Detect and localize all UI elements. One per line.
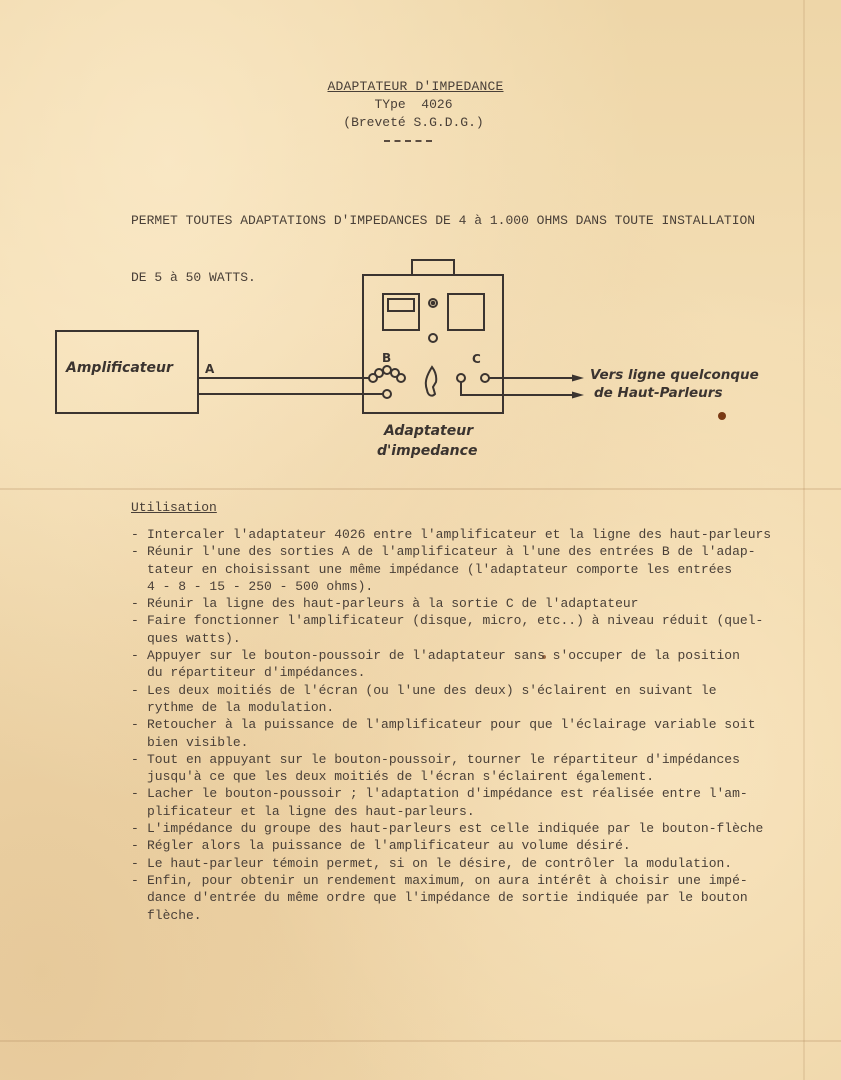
usage-step: -Le haut-parleur témoin permet, si on le…: [131, 855, 821, 872]
wiring-diagram: Amplificateur A B C Adaptateur d'impedan…: [0, 250, 841, 470]
usage-step: -Lacher le bouton-poussoir ; l'adaptatio…: [131, 785, 821, 820]
usage-step: -Intercaler l'adaptateur 4026 entre l'am…: [131, 526, 821, 543]
document-header: ADAPTATEUR D'IMPEDANCE TYpe 4026 (Brevet…: [0, 78, 841, 132]
usage-step: -Régler alors la puissance de l'amplific…: [131, 837, 821, 854]
adapter-handle: [412, 260, 454, 275]
paper-fold-line: [0, 488, 841, 490]
push-button: [429, 334, 437, 342]
paper-fold-line: [0, 1040, 841, 1042]
patent-line: (Breveté S.G.D.G.): [0, 114, 841, 132]
intro-line: PERMET TOUTES ADAPTATIONS D'IMPEDANCES D…: [131, 211, 811, 230]
type-line: TYpe 4026: [0, 96, 841, 114]
impedance-selector-knob: [426, 367, 436, 396]
input-b-label: B: [382, 351, 391, 365]
output-c-label: C: [472, 352, 481, 366]
monitor-speaker-window: [448, 294, 484, 330]
usage-steps: -Intercaler l'adaptateur 4026 entre l'am…: [131, 526, 821, 924]
usage-step: -Réunir la ligne des haut-parleurs à la …: [131, 595, 821, 612]
usage-step: -L'impédance du groupe des haut-parleurs…: [131, 820, 821, 837]
usage-step: -Réunir l'une des sorties A de l'amplifi…: [131, 543, 821, 595]
document-title: ADAPTATEUR D'IMPEDANCE: [0, 78, 841, 96]
usage-step: -Faire fonctionner l'amplificateur (disq…: [131, 612, 821, 647]
speaker-line-label: de Haut-Parleurs: [594, 385, 722, 401]
amplifier-label: Amplificateur: [65, 360, 174, 376]
usage-step: -Retoucher à la puissance de l'amplifica…: [131, 716, 821, 751]
output-a-label: A: [205, 362, 215, 376]
usage-step: -Enfin, pour obtenir un rendement maximu…: [131, 872, 821, 924]
usage-step: -Tout en appuyant sur le bouton-poussoir…: [131, 751, 821, 786]
usage-step: -Les deux moitiés de l'écran (ou l'une d…: [131, 682, 821, 717]
title-divider: [384, 140, 432, 142]
adapter-caption: Adaptateur: [383, 423, 474, 439]
usage-heading: Utilisation: [131, 500, 217, 515]
usage-step: -Appuyer sur le bouton-poussoir de l'ada…: [131, 647, 821, 682]
adapter-caption: d'impedance: [377, 443, 477, 459]
speaker-line-label: Vers ligne quelconque: [590, 367, 759, 383]
